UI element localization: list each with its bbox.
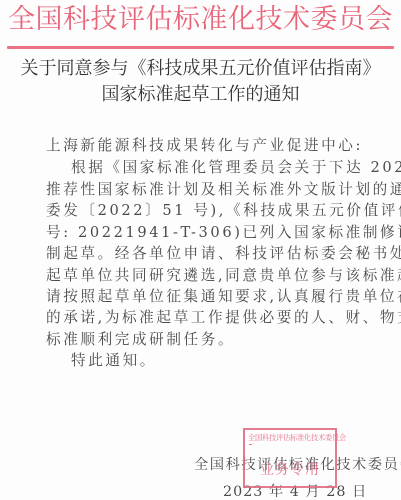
recipient: 上海新能源科技成果转化与产业促进中心: (46, 136, 363, 156)
stamp-purpose-text: 业务专用 (245, 461, 335, 479)
document-page: 全国科技评估标准化技术委员会 关于同意参与《科技成果五元价值评估指南》 国家标准… (0, 0, 401, 500)
body-line: 根据《国家标准化管理委员会关于下达 2022 年第四批 (71, 158, 401, 178)
letterhead-title: 全国科技评估标准化技术委员会 (0, 3, 401, 37)
notice-title-line-2: 国家标准起草工作的通知 (0, 83, 401, 107)
body-line: 委发〔2022〕51 号),《科技成果五元价值评估指南》(计划 (46, 201, 401, 221)
body-line: 请按照起草单位征集通知要求,认真履行贵单位在报名表中 (46, 287, 401, 307)
body-line: 号: 20221941-T-306)已列入国家标准制修订计划并开始研 (46, 223, 401, 243)
stamp-mark (249, 444, 252, 445)
body-line: 标准顺利完成研制任务。 (46, 330, 235, 350)
closing-line: 特此通知。 (71, 351, 157, 371)
body-line: 起草单位共同研究遴选,同意贵单位参与该标准起草工作。 (46, 266, 401, 286)
letterhead-red-rule (7, 46, 394, 49)
notice-title-line-1: 关于同意参与《科技成果五元价值评估指南》 (0, 57, 401, 81)
body-line: 制起草。经各单位申请、科技评估标委会秘书处与标准牵头 (46, 244, 401, 264)
body-line: 的承诺,为标准起草工作提供必要的人、财、物支撑,确保 (46, 308, 401, 328)
stamp-organization-text: 全国科技评估标准化技术委员会 (248, 433, 346, 443)
official-seal-stamp: 全国科技评估标准化技术委员会 业务专用 (243, 428, 337, 488)
body-line: 推荐性国家标准计划及相关标准外文版计划的通知》(国标 (46, 180, 401, 200)
